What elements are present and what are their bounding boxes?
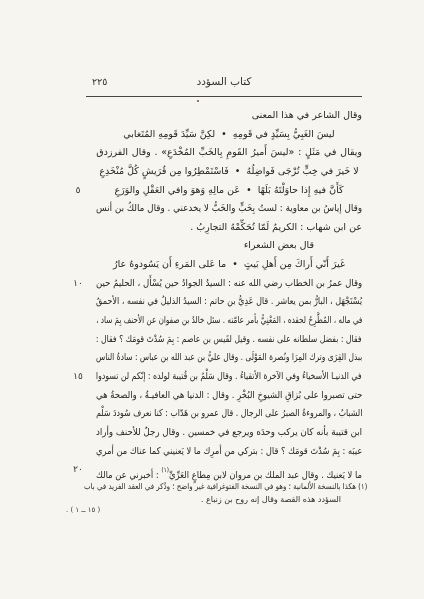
- footnote-line: السؤدد هذه القصة وقال إنه روح بن زنباع .: [84, 494, 367, 507]
- line-text: عيبَه : بِمَ سُدْتَ قومَك ؟ قال : بتركي …: [96, 443, 362, 462]
- text-line: لا خَيرَ في خِبٍّ تُرْجَى فَواضِلُهُ • ف…: [96, 163, 362, 182]
- text-line: ببذل القِرَى وترك المِرَا ونُصرة المَوْل…: [96, 349, 362, 368]
- line-text: غَيرَ أَنّي أَراكَ مِن أَهلِ بَيتٍ • ما …: [113, 256, 345, 275]
- line-text: كَأَنَّ فيهِ إِذا حاوَلْتَهُ بَلَهًا • ع…: [114, 182, 343, 201]
- line-text: حتى تصبروا على بُزاقِ الشيوخِ البُخْرِ .…: [96, 387, 362, 406]
- text-line: عيبَه : بِمَ سُدْتَ قومَك ؟ قال : بتركي …: [96, 443, 362, 462]
- text-line: ١٠وقال عمرُ بن الخطاب رضي الله عنه : الس…: [96, 275, 362, 294]
- text-line: ٥كَأَنَّ فيهِ إِذا حاوَلْتَهُ بَلَهًا • …: [96, 182, 362, 201]
- line-text: ليسَ الغَبِيُّ بِسَيِّدٍ في قَومِهِ • لك…: [123, 126, 334, 145]
- margin-line-number: ١٥: [64, 368, 92, 387]
- text-line: ٢٠ما لا يَعنيك . وقال عبد الملك بن مروان…: [96, 461, 362, 480]
- book-title: كتاب السؤدد: [86, 76, 362, 88]
- line-text: ابن قتيبة بأنه كان يركب وحدَه ويرجع في خ…: [96, 424, 362, 443]
- margin-line-number: ٥: [64, 182, 92, 201]
- line-text: وقال عمرُ بن الخطاب رضي الله عنه : السيد…: [96, 275, 362, 294]
- margin-line-number: ٢٠: [64, 461, 92, 480]
- text-line: غَيرَ أَنّي أَراكَ مِن أَهلِ بَيتٍ • ما …: [96, 256, 362, 275]
- text-line: ليسَ الغَبِيُّ بِسَيِّدٍ في قَومِهِ • لك…: [96, 126, 362, 145]
- text-line: فقال : بفضل سلطانه على نفسه . وقيل لقَيس…: [96, 331, 362, 350]
- text-line: وقال الشاعر في هذا المعنى: [96, 107, 362, 126]
- body-text-block: وقال الشاعر في هذا المعنىليسَ الغَبِيُّ …: [96, 107, 362, 480]
- line-text: فقال : بفضل سلطانه على نفسه . وقيل لقَيس…: [96, 331, 362, 350]
- text-line: يُسْتَجْهَل ، البارُّ بمن يعاشر . قال عَ…: [96, 293, 362, 312]
- line-text: ويقال في مَثَلٍ : «ليسَ أَميرُ القَومِ ب…: [96, 144, 362, 163]
- line-text: ببذل القِرَى وترك المِرَا ونُصرة المَوْل…: [96, 349, 362, 368]
- footnote-ref: (١): [161, 466, 169, 474]
- footnote-text: السؤدد هذه القصة وقال إنه روح بن زنباع .: [201, 494, 341, 507]
- line-text: الشبابُ ، والمروءةُ الصبرُ على الرجال . …: [96, 405, 362, 424]
- text-line: في ماله ، المُطَّرِحُ لحقده ، المَعْنِيُ…: [96, 312, 362, 331]
- footnote-line: (١) هكذا بالنسخة الألمانية ؛ وهو في النس…: [84, 481, 367, 494]
- text-line: وقال إياسُ بن معاوية : لستُ بِخَبٍّ والخ…: [96, 200, 362, 219]
- signature-mark: . ( ١٥ ــ ١ ): [66, 506, 100, 514]
- footnote-text: (١) هكذا بالنسخة الألمانية ؛ وهو في النس…: [84, 481, 367, 494]
- line-text: عن ابن شهاب : الكريمُ لَمّا تُحَكِّمْهُ …: [190, 219, 362, 238]
- text-line: الشبابُ ، والمروءةُ الصبرُ على الرجال . …: [96, 405, 362, 424]
- text-line: ويقال في مَثَلٍ : «ليسَ أَميرُ القَومِ ب…: [96, 144, 362, 163]
- text-line: ابن قتيبة بأنه كان يركب وحدَه ويرجع في خ…: [96, 424, 362, 443]
- text-line: ١٥في الدنيـا الأسخياءُ وفي الآخرة الأتقي…: [96, 368, 362, 387]
- line-text: يُسْتَجْهَل ، البارُّ بمن يعاشر . قال عَ…: [96, 293, 362, 312]
- header-rule: [86, 96, 362, 97]
- line-text: وقال الشاعر في هذا المعنى: [252, 107, 362, 126]
- line-text: وقال إياسُ بن معاوية : لستُ بِخَبٍّ والخ…: [96, 200, 362, 219]
- line-text: قال بعض الشعراء: [244, 237, 314, 256]
- text-line: عن ابن شهاب : الكريمُ لَمّا تُحَكِّمْهُ …: [96, 219, 362, 238]
- text-line: قال بعض الشعراء: [96, 237, 362, 256]
- text-line: حتى تصبروا على بُزاقِ الشيوخِ البُخْرِ .…: [96, 387, 362, 406]
- book-page: ٢٢٥ كتاب السؤدد وقال الشاعر في هذا المعن…: [0, 0, 424, 599]
- line-text: في الدنيـا الأسخياءُ وفي الآخرة الأتقياء…: [96, 368, 362, 387]
- line-text: في ماله ، المُطَّرِحُ لحقده ، المَعْنِيُ…: [96, 312, 362, 331]
- margin-line-number: ١٠: [64, 275, 92, 294]
- line-text: لا خَيرَ في خِبٍّ تُرْجَى فَواضِلُهُ • ف…: [99, 163, 358, 182]
- footnote-block: (١) هكذا بالنسخة الألمانية ؛ وهو في النس…: [84, 481, 367, 506]
- ink-speck: [197, 100, 199, 102]
